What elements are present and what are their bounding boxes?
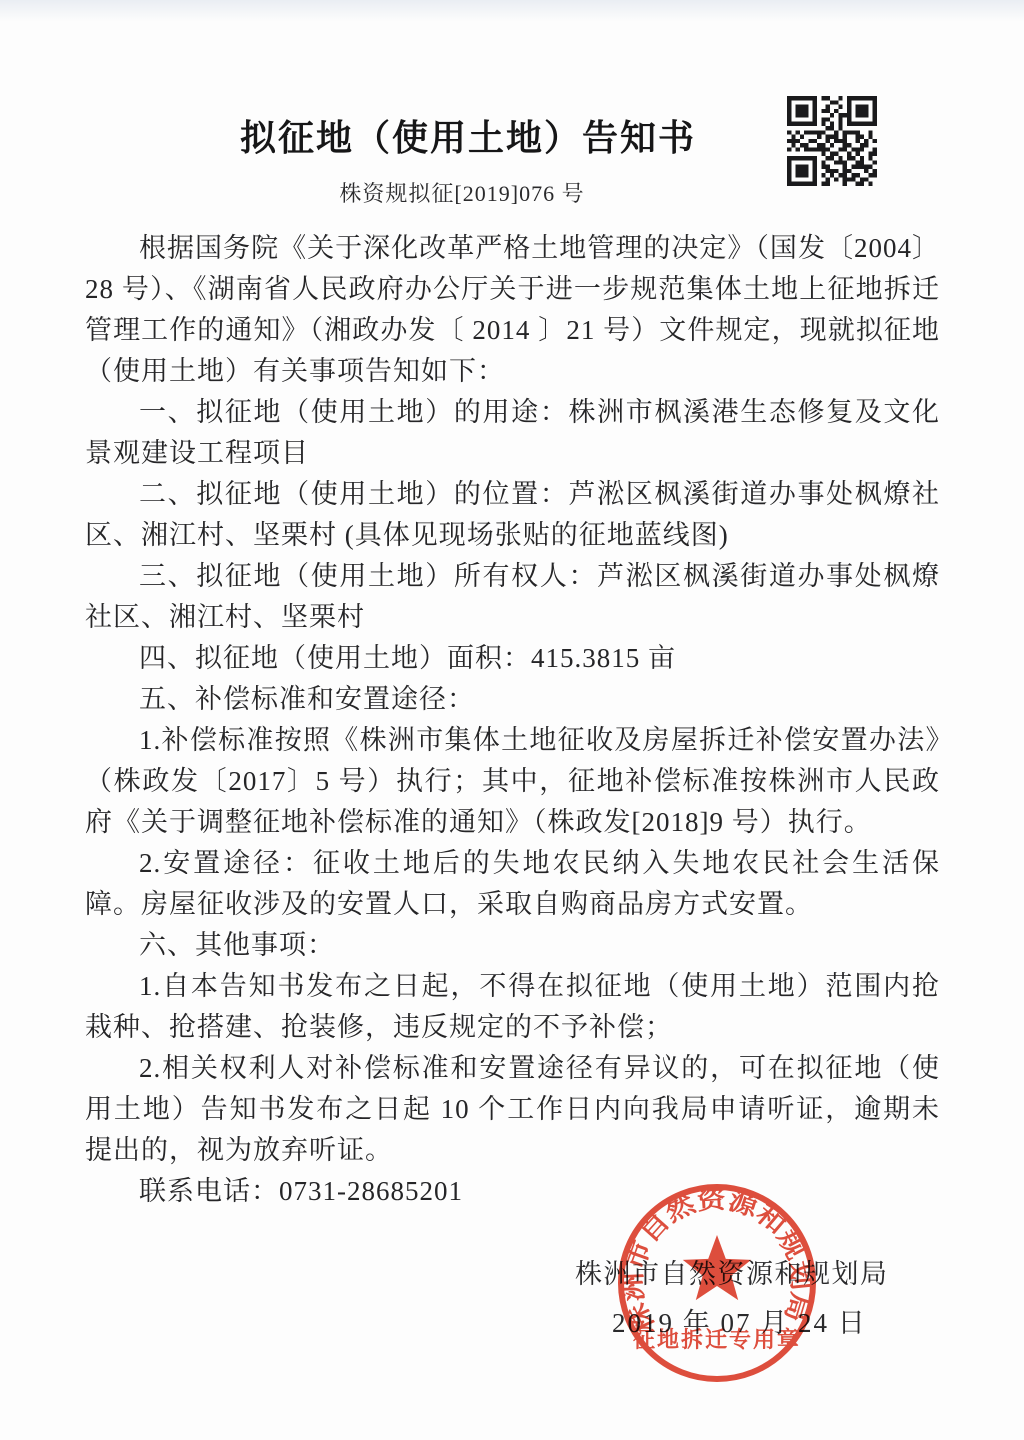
- scan-edge-artifact: [0, 0, 1024, 26]
- paragraph: 三、拟征地（使用土地）所有权人：芦淞区枫溪街道办事处枫燎社区、湘江村、坚栗村: [85, 556, 940, 638]
- seal-banner-text: 征地拆迁专用章: [633, 1327, 801, 1352]
- paragraph: 2.相关权利人对补偿标准和安置途径有异议的，可在拟征地（使用土地）告知书发布之日…: [85, 1048, 940, 1171]
- paragraph: 五、补偿标准和安置途径：: [85, 679, 940, 720]
- paragraph: 二、拟征地（使用土地）的位置：芦淞区枫溪街道办事处枫燎社区、湘江村、坚栗村 (具…: [85, 474, 940, 556]
- official-seal: 株洲市自然资源和规划局 征地拆迁专用章: [612, 1176, 822, 1386]
- paragraph: 根据国务院《关于深化改革严格土地管理的决定》（国发〔2004〕28 号）、《湖南…: [85, 228, 940, 392]
- paragraph: 2.安置途径：征收土地后的失地农民纳入失地农民社会生活保障。房屋征收涉及的安置人…: [85, 843, 940, 925]
- body-paragraphs: 根据国务院《关于深化改革严格土地管理的决定》（国发〔2004〕28 号）、《湖南…: [85, 228, 940, 1212]
- paragraph: 六、其他事项：: [85, 925, 940, 966]
- scanned-document-page: 拟征地（使用土地）告知书 株资规拟征[2019]076 号 根据国务院《关于深化…: [0, 0, 1024, 1440]
- qr-code: [787, 96, 877, 186]
- paragraph: 一、拟征地（使用土地）的用途：株洲市枫溪港生态修复及文化景观建设工程项目: [85, 392, 940, 474]
- qr-code-icon: [787, 96, 877, 186]
- paragraph: 1.补偿标准按照《株洲市集体土地征收及房屋拆迁补偿安置办法》（株政发〔2017〕…: [85, 720, 940, 843]
- paragraph: 四、拟征地（使用土地）面积：415.3815 亩: [85, 638, 940, 679]
- star-icon: [683, 1235, 751, 1300]
- paragraph: 1.自本告知书发布之日起，不得在拟征地（使用土地）范围内抢栽种、抢搭建、抢装修，…: [85, 966, 940, 1048]
